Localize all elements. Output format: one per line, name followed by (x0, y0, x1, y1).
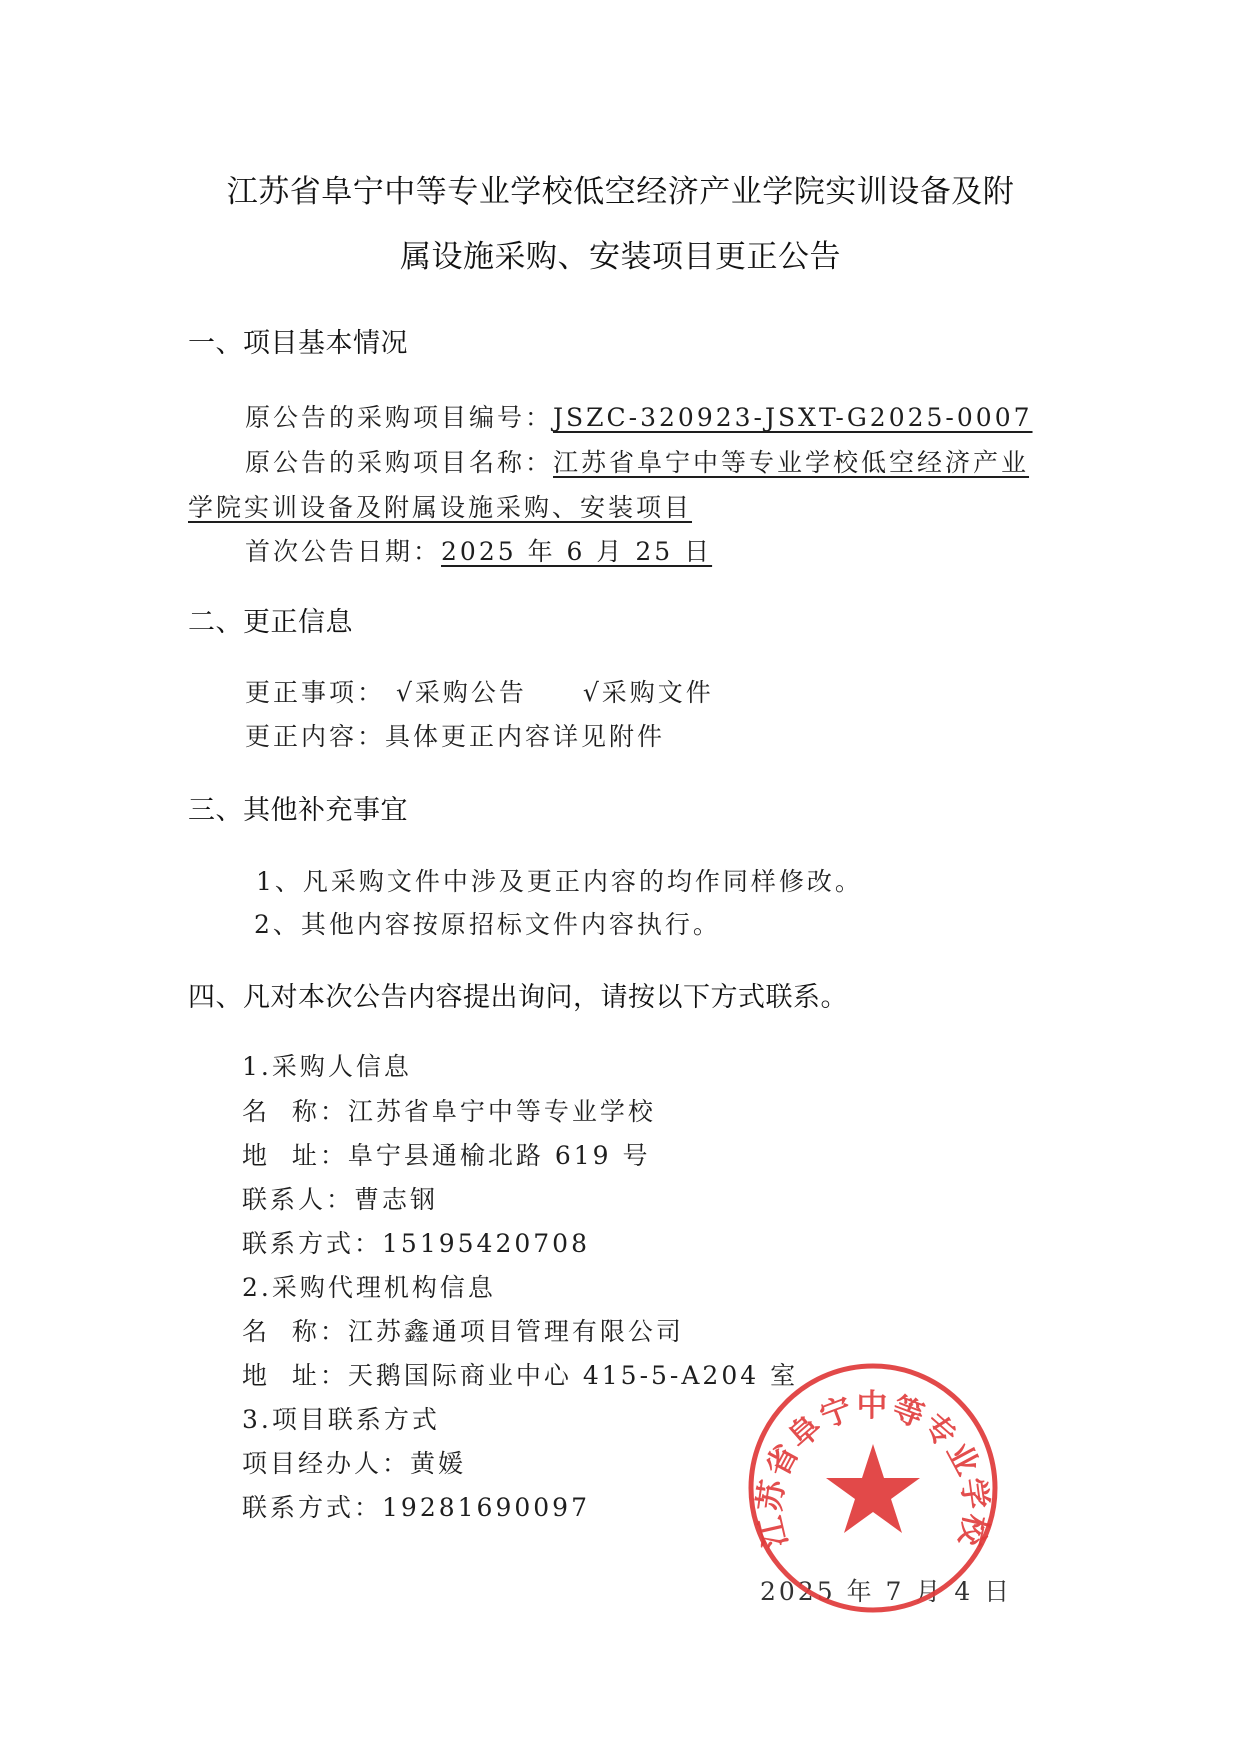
document-title-line-2: 属设施采购、安装项目更正公告 (0, 231, 1241, 276)
section-4-heading: 四、凡对本次公告内容提出询问，请按以下方式联系。 (188, 975, 848, 1014)
section-2-heading: 二、更正信息 (188, 600, 353, 639)
supplement-item-1: 1、凡采购文件中涉及更正内容的均作同样修改。 (256, 862, 863, 898)
project-manager-row: 项目经办人：黄媛 (242, 1444, 466, 1480)
purchaser-address-row: 地 址：阜宁县通榆北路 619 号 (242, 1136, 651, 1172)
project-name-row: 原公告的采购项目名称：江苏省阜宁中等专业学校低空经济产业 (245, 443, 1029, 479)
correction-items-label: 更正事项： (245, 678, 385, 707)
supplement-item-2: 2、其他内容按原招标文件内容执行。 (254, 905, 721, 941)
checkmark-icon: √ (583, 678, 602, 707)
purchaser-address-value: 阜宁县通榆北路 619 号 (348, 1141, 651, 1170)
correction-content-row: 更正内容：具体更正内容详见附件 (245, 717, 665, 753)
project-name-label: 原公告的采购项目名称： (245, 448, 553, 477)
project-phone-row: 联系方式：19281690097 (242, 1488, 590, 1524)
document-page: 江苏省阜宁中等专业学校低空经济产业学院实训设备及附 属设施采购、安装项目更正公告… (0, 0, 1241, 1754)
project-number-row: 原公告的采购项目编号：JSZC-320923-JSXT-G2025-0007 (245, 398, 1033, 434)
purchaser-phone-label: 联系方式： (242, 1229, 382, 1258)
correction-item-documents: 采购文件 (602, 678, 714, 707)
project-name-value-part2: 学院实训设备及附属设施采购、安装项目 (188, 493, 692, 522)
correction-content-value: 具体更正内容详见附件 (385, 722, 665, 751)
star-icon (826, 1444, 920, 1533)
purchaser-contact-label: 联系人： (242, 1185, 354, 1214)
agency-address-row: 地 址：天鹅国际商业中心 415-5-A204 室 (242, 1356, 798, 1392)
official-seal-icon: 江苏省阜宁中等专业学校 (745, 1360, 1001, 1616)
correction-item-announcement: 采购公告 (415, 678, 527, 707)
project-manager-value: 黄媛 (410, 1449, 466, 1478)
agency-name-label: 名 称： (242, 1317, 348, 1346)
purchaser-name-row: 名 称：江苏省阜宁中等专业学校 (242, 1092, 656, 1128)
correction-content-label: 更正内容： (245, 722, 385, 751)
purchaser-phone-value: 15195420708 (382, 1229, 590, 1258)
purchaser-info-heading: 1.采购人信息 (242, 1047, 412, 1083)
purchaser-contact-row: 联系人：曹志钢 (242, 1180, 438, 1216)
purchaser-address-label: 地 址： (242, 1141, 348, 1170)
agency-name-row: 名 称：江苏鑫通项目管理有限公司 (242, 1312, 684, 1348)
first-date-label: 首次公告日期： (245, 537, 441, 566)
correction-items-row: 更正事项： √采购公告 √采购文件 (245, 673, 714, 709)
purchaser-phone-row: 联系方式：15195420708 (242, 1224, 590, 1260)
project-phone-value: 19281690097 (382, 1493, 590, 1522)
first-announcement-date-row: 首次公告日期：2025 年 6 月 25 日 (245, 532, 712, 568)
project-name-value-part1: 江苏省阜宁中等专业学校低空经济产业 (553, 448, 1029, 477)
purchaser-name-value: 江苏省阜宁中等专业学校 (348, 1097, 656, 1126)
project-number-label: 原公告的采购项目编号： (245, 403, 553, 432)
project-number-value: JSZC-320923-JSXT-G2025-0007 (553, 403, 1033, 432)
section-1-heading: 一、项目基本情况 (188, 321, 408, 360)
project-name-row-continued: 学院实训设备及附属设施采购、安装项目 (188, 488, 692, 524)
agency-info-heading: 2.采购代理机构信息 (242, 1268, 496, 1304)
agency-address-label: 地 址： (242, 1361, 348, 1390)
project-contact-heading: 3.项目联系方式 (242, 1400, 440, 1436)
section-3-heading: 三、其他补充事宜 (188, 788, 408, 827)
agency-name-value: 江苏鑫通项目管理有限公司 (348, 1317, 684, 1346)
first-date-value: 2025 年 6 月 25 日 (441, 537, 712, 566)
checkmark-icon: √ (396, 678, 415, 707)
agency-address-value: 天鹅国际商业中心 415-5-A204 室 (348, 1361, 798, 1390)
purchaser-name-label: 名 称： (242, 1097, 348, 1126)
document-title-line-1: 江苏省阜宁中等专业学校低空经济产业学院实训设备及附 (0, 166, 1241, 211)
project-phone-label: 联系方式： (242, 1493, 382, 1522)
purchaser-contact-value: 曹志钢 (354, 1185, 438, 1214)
project-manager-label: 项目经办人： (242, 1449, 410, 1478)
